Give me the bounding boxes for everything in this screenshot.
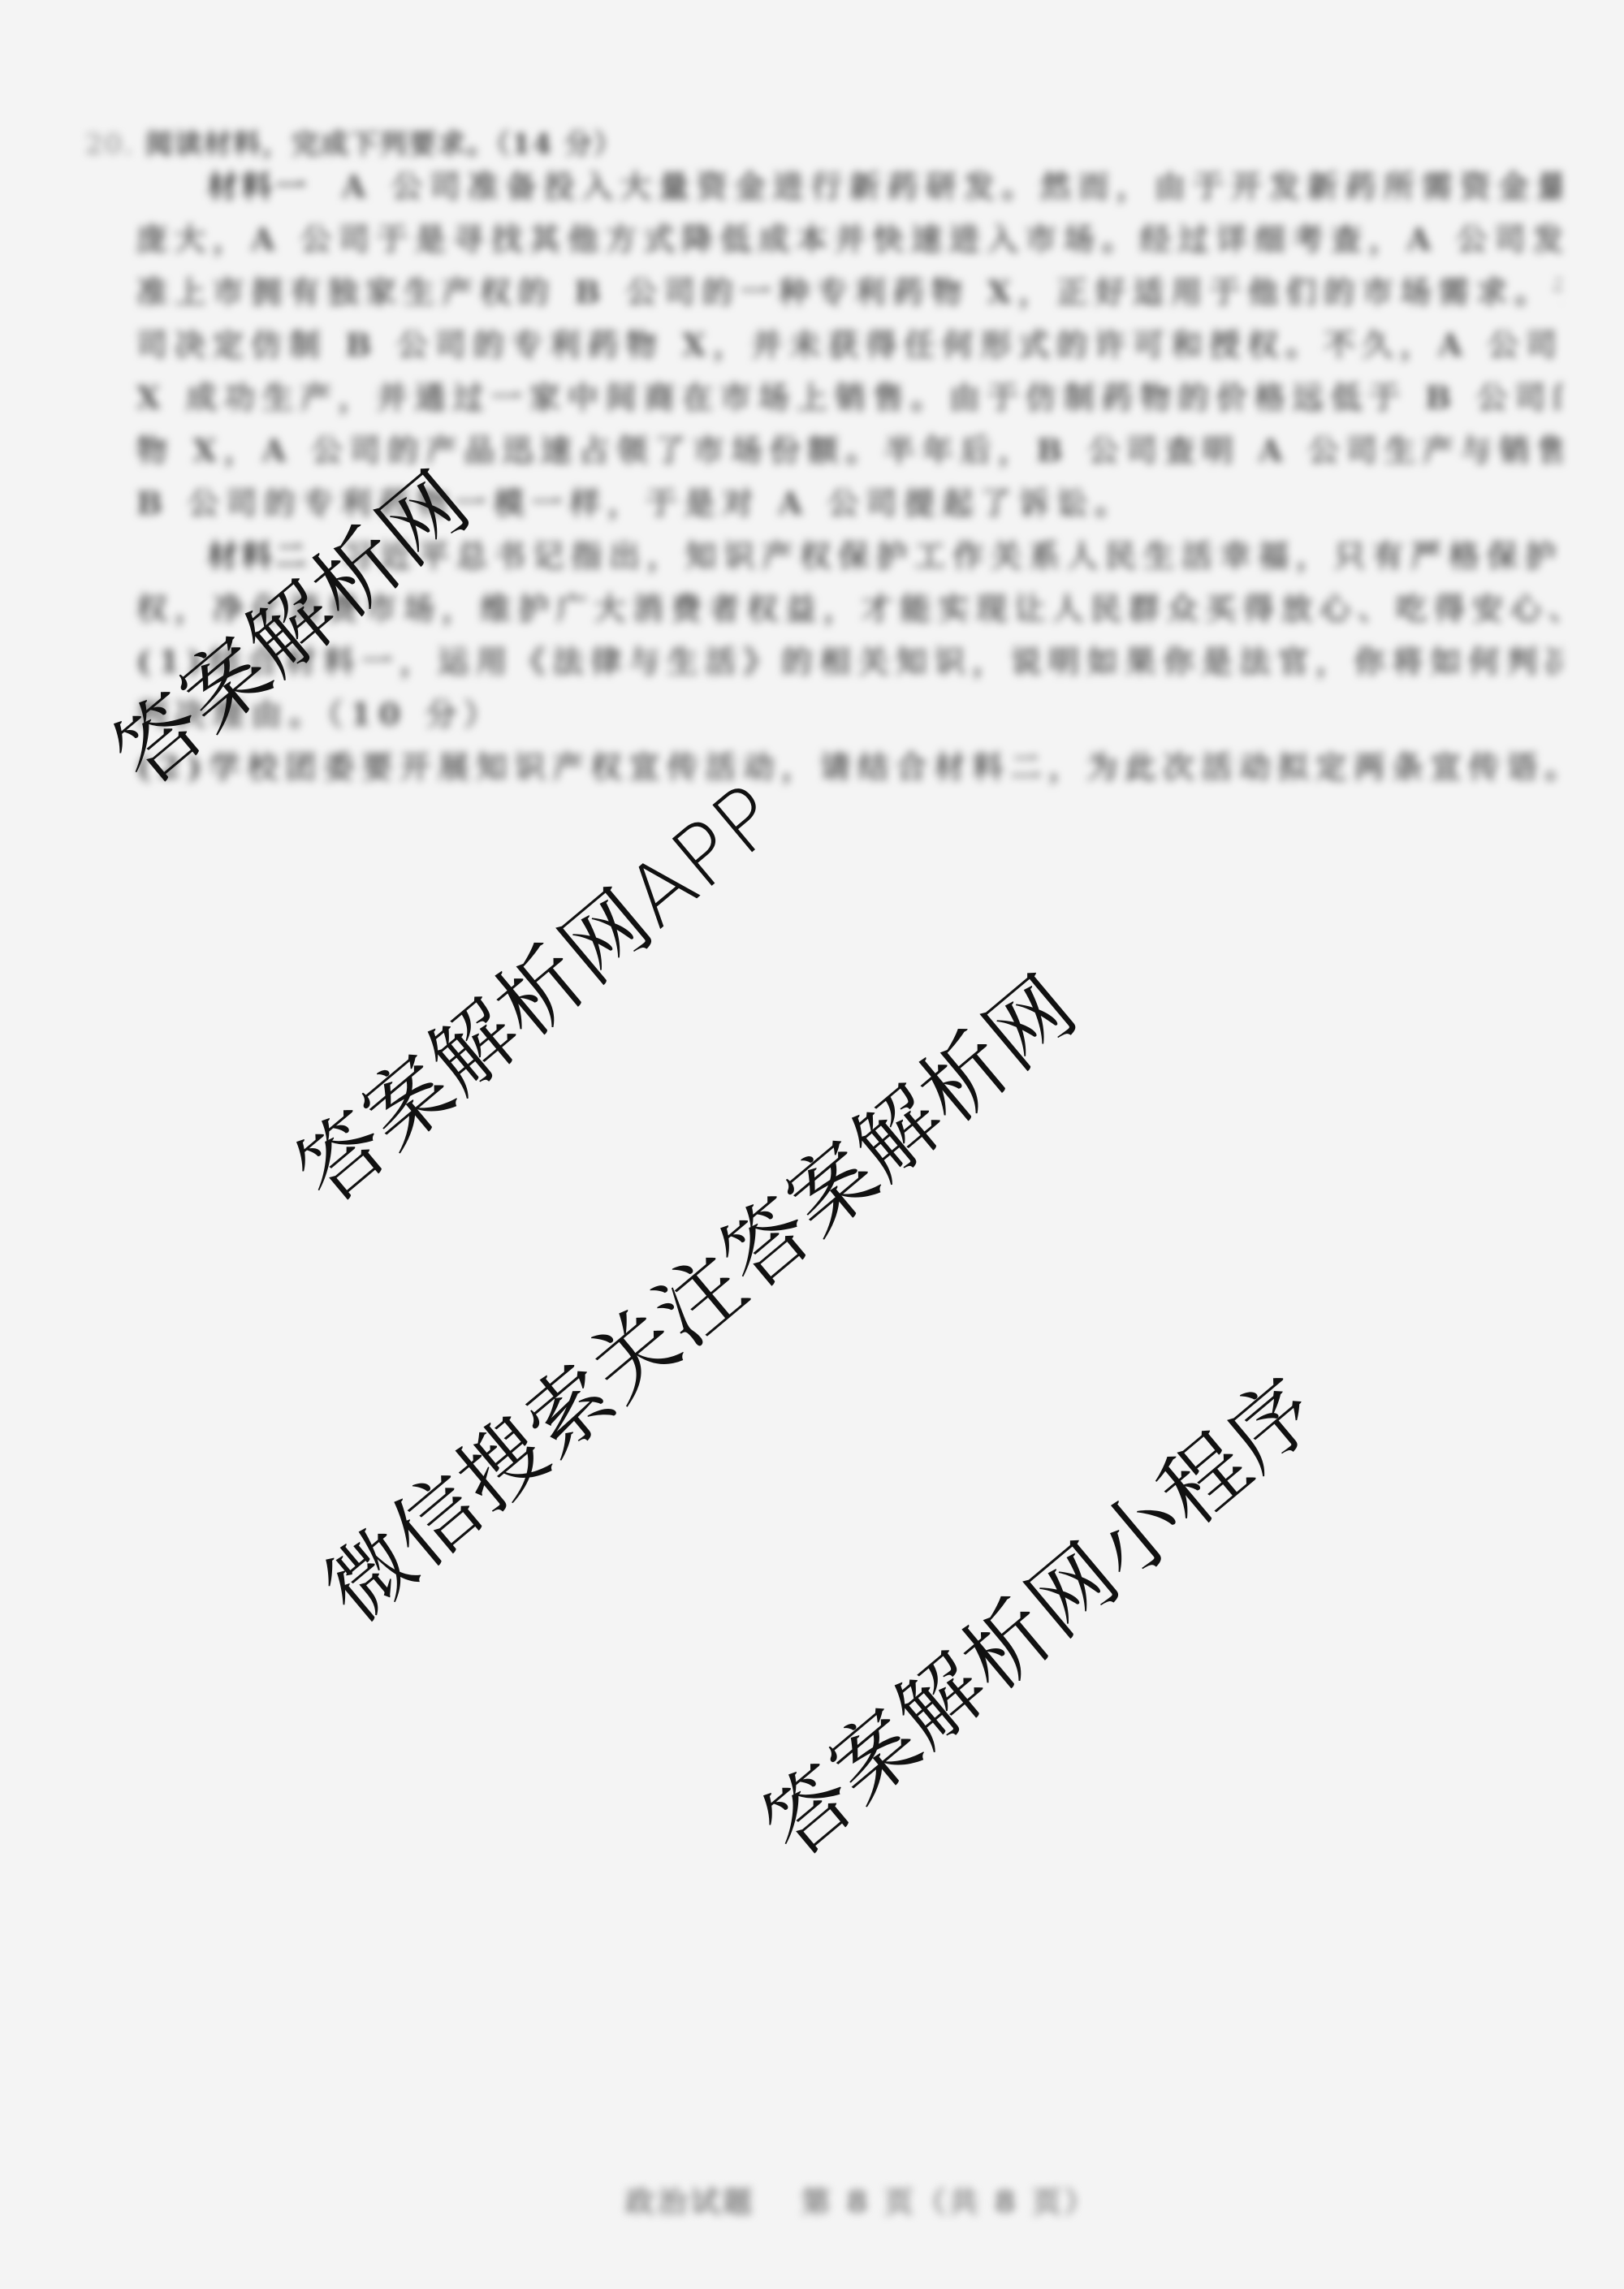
material-one-line: X 成功生产，并通过一家中间商在市场上销售。由于仿制药物的价格远低于 B 公司的… xyxy=(136,378,1561,418)
sub-question-1: (1)结合材料一，运用《法律与生活》的相关知识，说明如果你是法官，你将如何判决此… xyxy=(136,641,1561,682)
sub-question-2: (2)学校团委要开展知识产权宣传活动，请结合材料二，为此次活动拟定两条宣传语。（… xyxy=(136,747,1561,788)
question-title: 20. 阅读材料，完成下列要求。（14 分） xyxy=(85,122,623,162)
material-one-line: 庞大，A 公司于是寻找其他方式降低成本并快速进入市场。经过详细考查，A 公司发现… xyxy=(136,219,1561,260)
material-one-line: 材料一A 公司准备投入大量资金进行新药研发。然而，由于开发新药所需资金量太过 xyxy=(207,166,1561,207)
material-one-line: 准上市拥有独家生产权的 B 公司的一种专利药物 X，正好适用于他们的市场需求。于… xyxy=(136,272,1561,313)
material-one-line: 物 X，A 公司的产品迅速占领了市场份额。半年后，B 公司查明 A 公司生产与销… xyxy=(136,430,1561,471)
question-number: 20. xyxy=(85,128,134,161)
page-footer: 政治试题 第 8 页（共 8 页） xyxy=(625,2179,1129,2221)
question-prompt: 阅读材料，完成下列要求。（14 分） xyxy=(145,128,623,161)
footer-subject: 政治试题 xyxy=(625,2185,755,2219)
footer-page-number: 第 8 页（共 8 页） xyxy=(801,2185,1097,2219)
material-one-label: 材料一 xyxy=(207,168,309,205)
material-one-line: 司决定仿制 B 公司的专利药物 X，并未获得任何形式的许可和授权。不久，A 公司… xyxy=(136,325,1561,365)
sub-question-1-cont: 判决理由。（10 分） xyxy=(136,694,1561,735)
